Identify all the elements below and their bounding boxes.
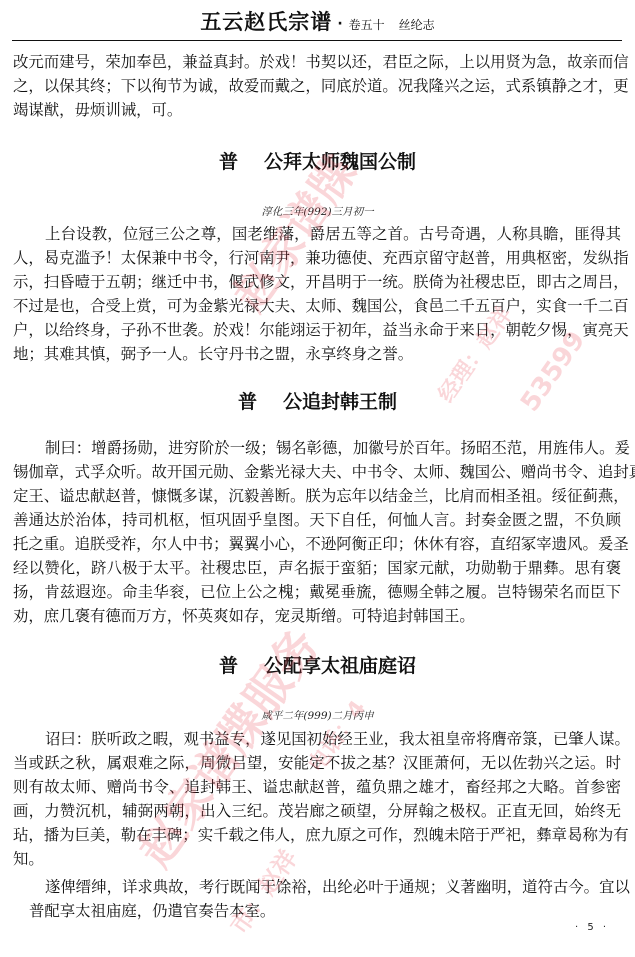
text-line: 劝，庶几褒有德而万方，怀英爽如存，宠灵斯缯。可特追封韩国王。 (13, 606, 621, 626)
text-line: 经以赞化，跻八极于太平。社稷忠臣，声名振于蛮貊；国家元献，功勋勒于鼎彝。思有褒 (13, 558, 621, 578)
text-line: 人，曷克滥予！太保兼中书令，行河南尹，兼功德使、充西京留守赵普，用典枢密，发纵指 (13, 248, 621, 268)
section-title: 普公拜太师魏国公制 (0, 150, 635, 174)
section-title: 普公配享太祖庙庭诏 (0, 654, 635, 678)
section-title-text: 公配享太祖庙庭诏 (264, 655, 416, 677)
volume-label: 卷五十 (349, 14, 385, 36)
document-page: 五云赵氏宗谱 · 卷五十 丝纶志 改元而建号，荣加奉邑，兼益真封。於戏！书契以还… (0, 0, 635, 957)
text-line: 之，以保其终；下以徇节为诚，故爱而戴之，同底於道。况我隆兴之运，式系镇静之才，更 (13, 76, 621, 96)
text-line: 上台设教，位冠三公之尊，国老维藩，爵居五等之首。古号奇遇，人称具瞻，匪得其 (45, 224, 621, 244)
section-title-prefix: 普 (219, 151, 238, 173)
date-line: 咸平二年(999)二月丙申 (0, 709, 635, 723)
text-line: 户，以给终身，子孙不世袭。於戏！尔能翊运于初年，益当永命于来日，朝乾夕惕，寅亮天 (13, 320, 621, 340)
section-title-text: 公追封韩王制 (283, 391, 397, 413)
text-line: 当或跃之秋，属艰难之际，周微吕望，安能定不拔之基？汉匪萧何，无以佐勃兴之运。时 (13, 753, 621, 773)
text-line: 竭谋猷，毋烦训诫，可。 (13, 100, 621, 120)
running-head: 五云赵氏宗谱 · 卷五十 丝纶志 (0, 6, 635, 36)
text-line: 遂俾缙绅，详求典故，考行既闻于馀裕，出纶必叶于通规；义著幽明，道符古今。宜以 (45, 877, 621, 897)
header-rule (12, 40, 622, 41)
text-line: 不过是也，合受上赏，可为金紫光禄大夫、太师、魏国公，食邑二千五百户，实食一千二百 (13, 296, 621, 316)
text-line: 扬，肯兹遐迩。命圭华衮，已位上公之槐；戴冕垂旒，德赐全韩之履。岂特锡荣名而臣下 (13, 582, 621, 602)
section-title-prefix: 普 (219, 655, 238, 677)
text-line: 制曰：增爵扬勋，进穷阶於一级；锡名彰德，加徽号於百年。扬昭丕范，用旌伟人。爰 (45, 438, 621, 458)
section-title-text: 公拜太师魏国公制 (264, 151, 416, 173)
text-line: 知。 (13, 849, 621, 869)
chapter-label: 丝纶志 (399, 14, 435, 36)
text-line: 诏曰：朕听政之暇，观书益专，遂见国初始经王业，我太祖皇帝将膺帝箓，已肇人谋。 (45, 729, 621, 749)
text-line: 示，扫昏曀于五朝；继迁中书，偃武修文，开昌明于一统。朕倚为社稷忠臣，即古之周吕， (13, 272, 621, 292)
page-number: · 5 · (575, 922, 609, 934)
text-line: 善通达於治体，持司机枢，恒巩固乎皇图。天下自任，何恤人言。封奏金匮之盟，不负顾 (13, 510, 621, 530)
text-line: 托之重。追朕受祚，尔人中书；翼翼小心，不逊阿衡正印；休休有容，直绍冢宰遗风。爰圣 (13, 534, 621, 554)
book-title: 五云赵氏宗谱 (200, 8, 332, 36)
text-line: 锡伽章，式孚众听。故开国元勋、金紫光禄大夫、中书令、太师、魏国公、赠尚书令、追封… (13, 462, 621, 482)
date-line: 淳化三年(992)三月初一 (0, 205, 635, 219)
section-title: 普公追封韩王制 (0, 390, 635, 414)
text-line: 则有故太师、赠尚书令、追封韩王、谥忠献赵普，蕴负鼎之雄才，畜经邦之大略。首参密 (13, 777, 621, 797)
text-line: 改元而建号，荣加奉邑，兼益真封。於戏！书契以还，君臣之际，上以用贤为急，故亲而信 (13, 52, 621, 72)
section-title-prefix: 普 (238, 391, 257, 413)
text-line: 地；其难其慎，弼予一人。长守丹书之盟，永享终身之誉。 (13, 344, 621, 364)
text-line: 画，力赞沉机，辅弼两朝，出入三纪。茂岩廊之硕望，分屏翰之极权。正直无回，始终无 (13, 801, 621, 821)
text-line: 普配享太祖庙庭，仍遣官奏告本室。 (29, 901, 329, 921)
text-line: 定王、谥忠献赵普，慷慨多谋，沉毅善断。朕为忘年以结金兰，比肩而相圣祖。绥征蓟燕， (13, 486, 621, 506)
title-separator: · (337, 12, 342, 36)
text-line: 玷，播为巨美，勒在丰碑；实千载之伟人，庶九原之可作，烈魄未陪于严祀，彝章曷称为有 (13, 825, 621, 845)
